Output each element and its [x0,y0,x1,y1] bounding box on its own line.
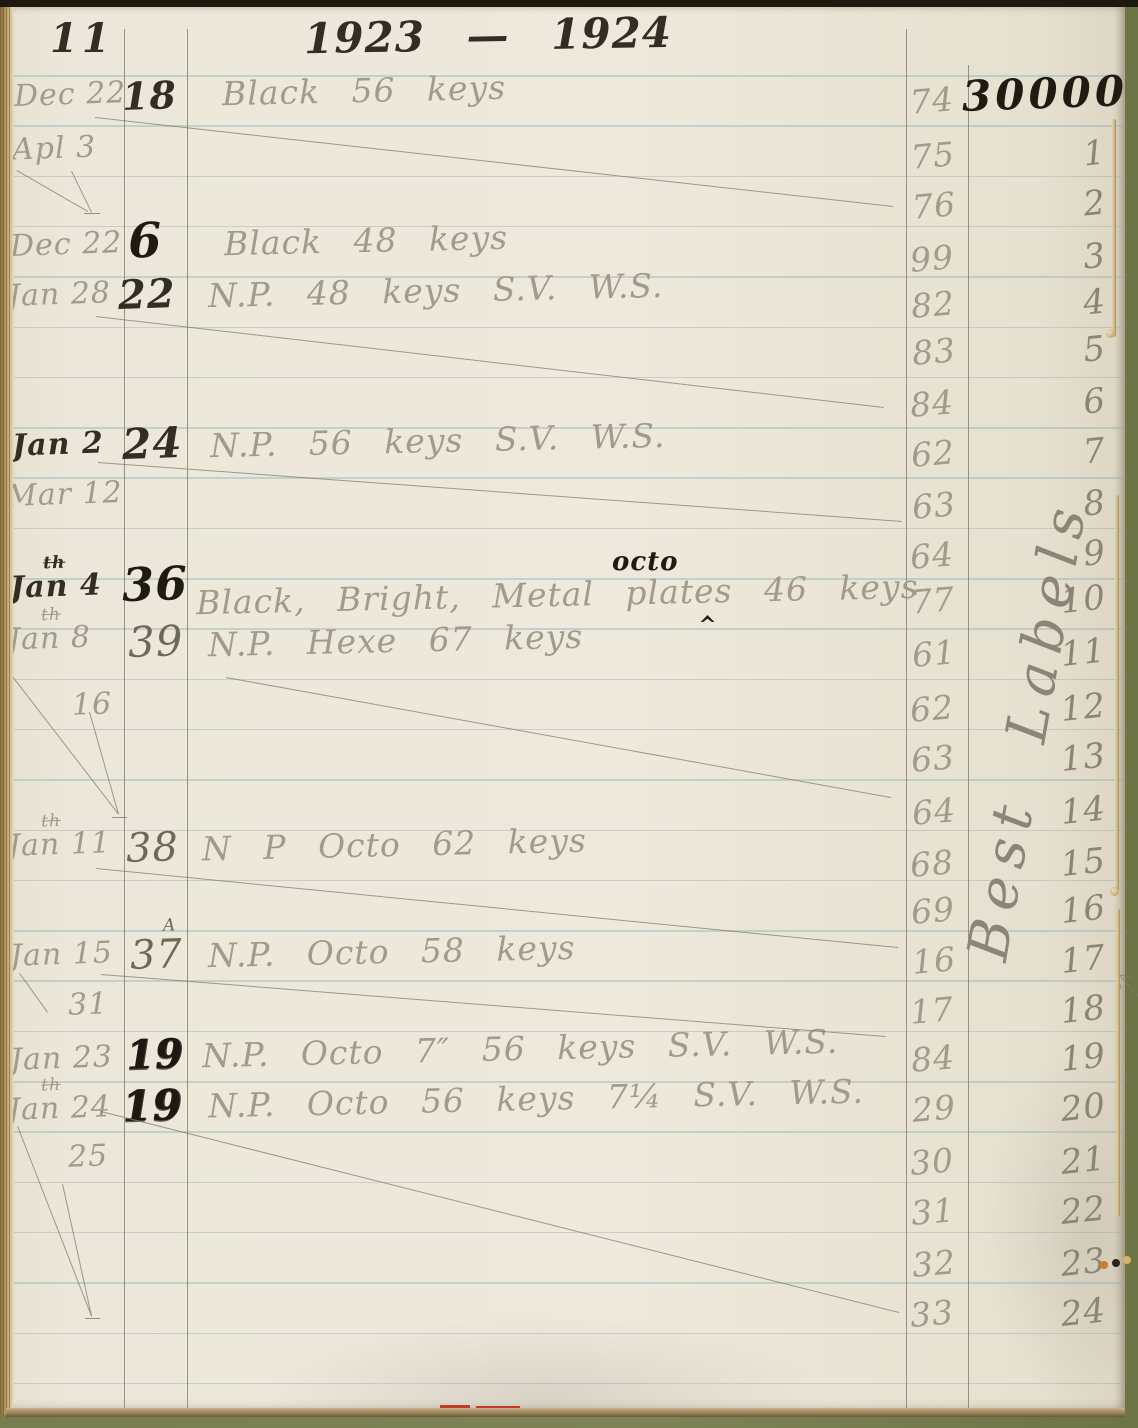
stock-number: 64 [910,790,957,833]
stock-number: 63 [910,484,957,527]
model-number: 6 [127,212,163,269]
ruled-line [14,477,1124,479]
ruled-line [14,779,1124,781]
pencil-tick [112,817,127,818]
description-entry: N.P. Hexe 67 keys [208,617,584,665]
model-number: 24 [121,418,183,469]
serial-number: 2 [1034,182,1108,229]
ruled-line [14,729,1124,731]
ledger-page: 11 1923 — 1924 Dec 22Apl 3Dec 22Jan 28Ja… [6,7,1125,1415]
date-entry: Mar 12 [5,475,123,514]
column-rule [906,29,907,1413]
serial-number: 3 [1034,235,1108,282]
description-entry: Black, Bright, Metal plates 46 keys [196,567,919,622]
description-entry: N.P. Octo 56 keys 7¼ S.V. W.S. [208,1072,865,1126]
date-superscript: th [43,553,66,574]
date-entry: Jan 24th [7,1089,111,1128]
column-rule [124,29,125,1413]
pencil-line [95,117,893,207]
ruled-line [14,1282,1124,1284]
serial-number: 16 [1034,887,1108,934]
stock-number: 76 [910,184,957,227]
stock-number: 99 [908,237,955,280]
stock-number: 29 [910,1087,957,1130]
book-spine-page-edges [0,7,13,1415]
date-entry: 25 [67,1138,108,1174]
serial-number: 20 [1034,1085,1108,1132]
description-insert-note: octo [612,547,679,577]
pencil-line [101,974,886,1037]
thread-knot [1106,329,1115,338]
stock-number: 83 [910,330,957,373]
ruled-line [14,1182,1124,1184]
ruled-line [14,1232,1124,1234]
model-number: 18 [121,72,177,119]
ruled-line [14,226,1124,228]
page-title: 1923 — 1924 [304,8,673,63]
stock-number: 62 [908,687,955,730]
date-entry: Dec 22 [13,75,126,114]
model-number: 39 [127,616,184,667]
binding-thread [1115,495,1119,893]
scanned-ledger-photo: 11 1923 — 1924 Dec 22Apl 3Dec 22Jan 28Ja… [0,0,1138,1428]
ruled-line [14,880,1124,882]
pencil-line [98,462,902,522]
model-number: 38 [125,824,179,872]
insert-caret-icon: ‸ [698,593,717,623]
date-superscript: th [41,1075,61,1096]
date-entry: 31 [67,986,108,1022]
binding-hole [1100,1261,1108,1269]
description-entry: N.P. Octo 58 keys [208,928,576,975]
date-entry: Jan 15 [9,935,113,974]
description-entry: N.P. 48 keys S.V. W.S. [208,266,664,315]
stock-number: 75 [909,134,956,177]
serial-start-number: 30000 [961,66,1129,121]
pencil-line [89,712,119,814]
ruled-line [14,679,1124,681]
ruled-line [14,377,1124,379]
stock-number: 77 [909,579,956,622]
model-annotation: A [163,915,177,935]
serial-number: 15 [1034,840,1108,887]
serial-number: 18 [1034,987,1108,1034]
pencil-tick [84,213,100,214]
top-cover-edge [0,0,1138,7]
model-number: 36 [121,556,189,612]
stock-number: 69 [909,889,956,932]
description-entry: Black 48 keys [224,218,509,263]
binding-thread [1116,909,1120,1217]
stock-number: 62 [909,432,956,475]
stock-number: 68 [908,842,955,885]
date-entry: Jan 4th [9,567,102,605]
serial-number: 17 [1034,937,1108,984]
description-entry: N.P. 56 keys S.V. W.S. [210,416,666,465]
ruled-line [14,1333,1124,1335]
binding-hole [1112,1259,1120,1267]
pencil-tick [85,1318,100,1319]
stock-number: 30 [908,1140,955,1183]
stock-number: 32 [910,1242,957,1285]
stock-number: 31 [909,1190,956,1233]
binding-hole [1123,1256,1131,1264]
date-superscript: th [41,811,61,832]
date-entry: Dec 22 [9,225,122,264]
pencil-line [19,973,48,1013]
serial-number: 1 [1034,132,1108,179]
serial-number: 4 [1034,281,1108,328]
model-number: 37A [129,931,183,979]
serial-number: 23 [1034,1240,1108,1287]
serial-number: 21 [1034,1138,1108,1185]
date-entry: Jan 8th [7,620,91,658]
date-entry: Jan 23 [9,1039,113,1078]
date-superscript: th [41,605,61,626]
stock-number: 61 [910,632,957,675]
stock-number: 82 [909,283,956,326]
ruled-line [14,176,1124,178]
stock-number: 64 [908,534,955,577]
date-entry: Jan 28 [7,275,111,314]
ruled-line [14,75,1124,77]
date-entry: 16 [71,686,112,722]
description-entry: N P Octo 62 keys [202,821,588,869]
ruled-line [14,1383,1124,1385]
bottom-page-edge [6,1408,1125,1417]
model-number: 22 [117,270,176,319]
serial-number: 19 [1034,1035,1108,1082]
stock-number: 63 [909,737,956,780]
model-number: 19 [125,1030,184,1079]
gutter-arrow-line [1119,975,1138,1007]
stock-number: 84 [908,382,955,425]
stock-number: 74 [908,79,955,122]
column-rule [187,29,188,1413]
date-entry: Jan 11th [7,825,111,864]
date-entry: Apl 3 [11,130,96,168]
date-entry: Jan 2 [11,425,104,463]
serial-number: 5 [1034,328,1108,375]
pencil-line [96,316,884,408]
binding-thread [1112,119,1116,337]
column-rule [968,65,969,1413]
serial-number: 22 [1034,1188,1108,1235]
serial-number: 24 [1034,1290,1108,1337]
description-entry: Black 56 keys [222,68,507,113]
ruled-line [14,528,1124,530]
page-number: 11 [50,15,114,62]
thread-knot [1110,887,1119,896]
stock-number: 33 [908,1292,955,1335]
